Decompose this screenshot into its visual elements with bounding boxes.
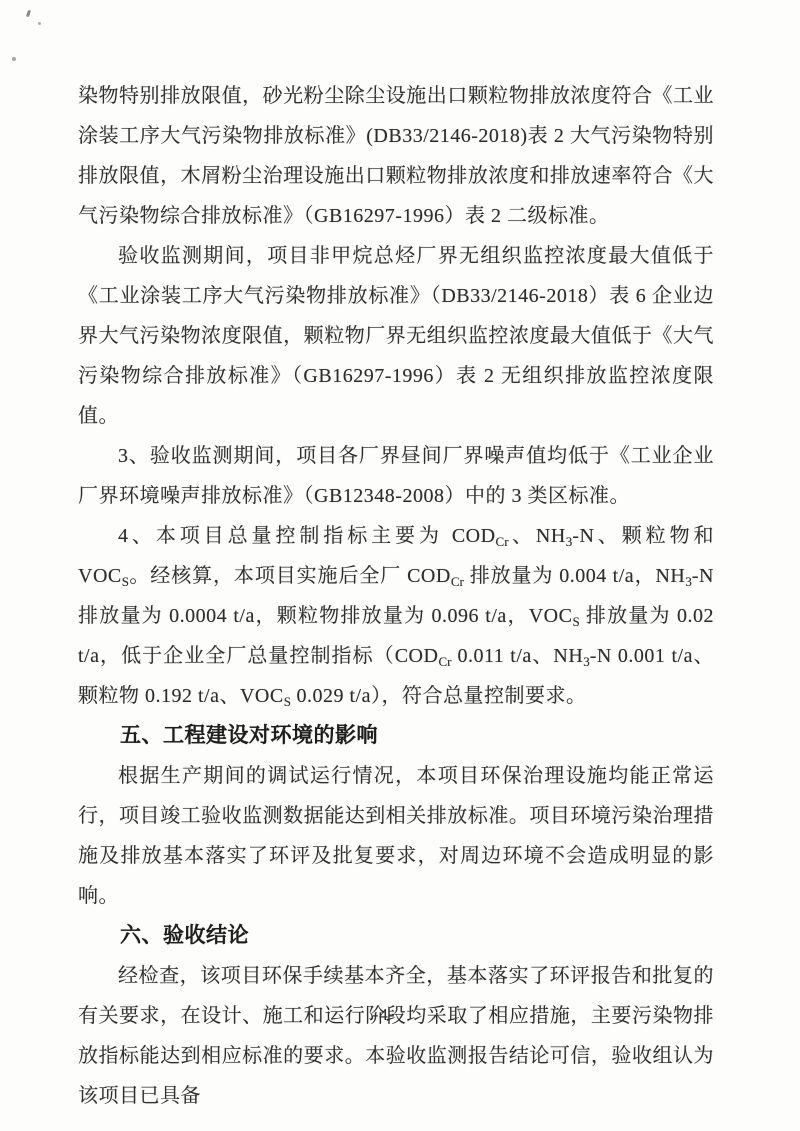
paragraph-item-3-noise: 3、验收监测期间，项目各厂界昼间厂界噪声值均低于《工业企业厂界环境噪声排放标准》…: [78, 436, 714, 516]
paragraph-environmental-impact: 根据生产期间的调试运行情况，本项目环保治理设施均能正常运行，项目竣工验收监测数据…: [78, 756, 714, 916]
paragraph-emission-limits-continuation: 染物特别排放限值，砂光粉尘除尘设施出口颗粒物排放浓度符合《工业涂装工序大气污染物…: [78, 76, 714, 236]
scan-speck: [12, 57, 16, 61]
heading-section-5-environmental-impact: 五、工程建设对环境的影响: [78, 716, 714, 756]
page-number: -4-: [0, 1005, 784, 1025]
scanned-document-page: 染物特别排放限值，砂光粉尘除尘设施出口颗粒物排放浓度符合《工业涂装工序大气污染物…: [0, 0, 800, 1131]
document-body: 染物特别排放限值，砂光粉尘除尘设施出口颗粒物排放浓度符合《工业涂装工序大气污染物…: [78, 76, 714, 1116]
paragraph-fugitive-emission-monitoring: 验收监测期间，项目非甲烷总烃厂界无组织监控浓度最大值低于《工业涂装工序大气污染物…: [78, 236, 714, 436]
paragraph-acceptance-conclusion: 经检查，该项目环保手续基本齐全，基本落实了环评报告和批复的有关要求，在设计、施工…: [78, 956, 714, 1116]
paragraph-item-4-total-quantity-control: 4、本项目总量控制指标主要为 CODCr、NH3-N、颗粒物和 VOCS。经核算…: [78, 516, 714, 716]
scan-speck: [38, 22, 41, 25]
heading-section-6-acceptance-conclusion: 六、验收结论: [78, 916, 714, 956]
scan-speck: [26, 10, 31, 18]
